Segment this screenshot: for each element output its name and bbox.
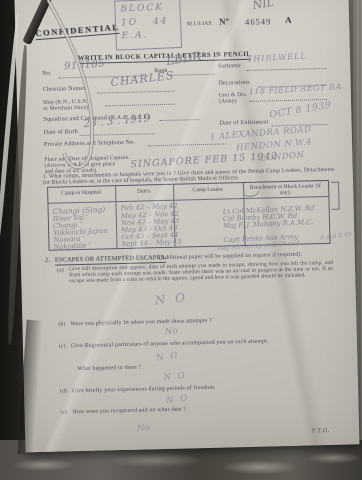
q2b-answer: No: [164, 327, 178, 337]
q2a-label: (a): [57, 267, 64, 273]
field-rank-value: LBDR: [165, 50, 202, 67]
field-unit-value: 118 FIELD REGT RA: [249, 83, 342, 97]
margin-bracket: [331, 182, 340, 210]
nil-annotation: NIL: [252, 0, 275, 11]
field-surname-label: Surname: [218, 63, 241, 70]
field-address-line: [148, 143, 226, 146]
q2c-label: (c): [59, 343, 66, 349]
table-row: Yokkaichi Japan May 43 – Oct 43 Maj F. J…: [49, 217, 329, 229]
field-capture-value: SINGAPORE FEB 15 1942: [130, 152, 278, 170]
photo-background: BLOCK 1O 44 E.A. NIL M.I.9/JAP. Nº 46549…: [0, 0, 362, 480]
q2e-label: (e): [60, 409, 67, 415]
q2c2-text: What happened to them ?: [77, 365, 141, 373]
margin-note: P. and R 45: [320, 233, 352, 242]
field-rank-line: [170, 74, 214, 76]
field-unit-label-2: (Army): [219, 98, 237, 104]
field-enlist-value: OCT 8 1939: [269, 101, 332, 121]
field-enlist-label: Date of Enlistment: [219, 119, 268, 127]
q2c-text: Give Regimental particulars of anyone wh…: [71, 338, 269, 349]
field-surname-value: THIRLWELL: [247, 52, 307, 64]
col-header-leader: Camp Leader.: [173, 186, 243, 194]
q2b-text: Were you physically fit when you made th…: [70, 318, 212, 328]
serial-number: 46549: [245, 17, 271, 27]
cell-camp: Nakodale ″: [53, 241, 91, 251]
series-letter: A: [285, 16, 292, 26]
field-squadron-line: [159, 119, 199, 121]
q2c2-answer: N O: [163, 372, 187, 383]
field-surname-line: [246, 68, 326, 71]
q2c-answer: N O: [156, 351, 180, 362]
q2d-label: (d): [60, 388, 67, 394]
q2a-text: Give full description and approx. date o…: [69, 261, 333, 285]
q2e-text: How were you recaptured and on what date…: [72, 406, 185, 415]
field-decorations-label: Decorations: [219, 80, 250, 87]
treasury-tag-string: [18, 0, 138, 200]
q2-heading-paren: (Additional paper will be supplied on re…: [159, 252, 302, 262]
q2b-label: (b): [58, 321, 65, 327]
no-symbol: Nº: [219, 17, 229, 27]
q2d-text: Give briefly your experiences during per…: [72, 385, 216, 395]
pto-note: P.T.O.: [312, 427, 330, 434]
form-ref: M.I.9/JAP.: [187, 21, 213, 28]
q2e-answer: No: [136, 424, 150, 435]
q2d-answer: N O: [166, 394, 190, 405]
q2a-answer: N O: [154, 291, 188, 306]
q2-number: 2.: [45, 258, 50, 265]
